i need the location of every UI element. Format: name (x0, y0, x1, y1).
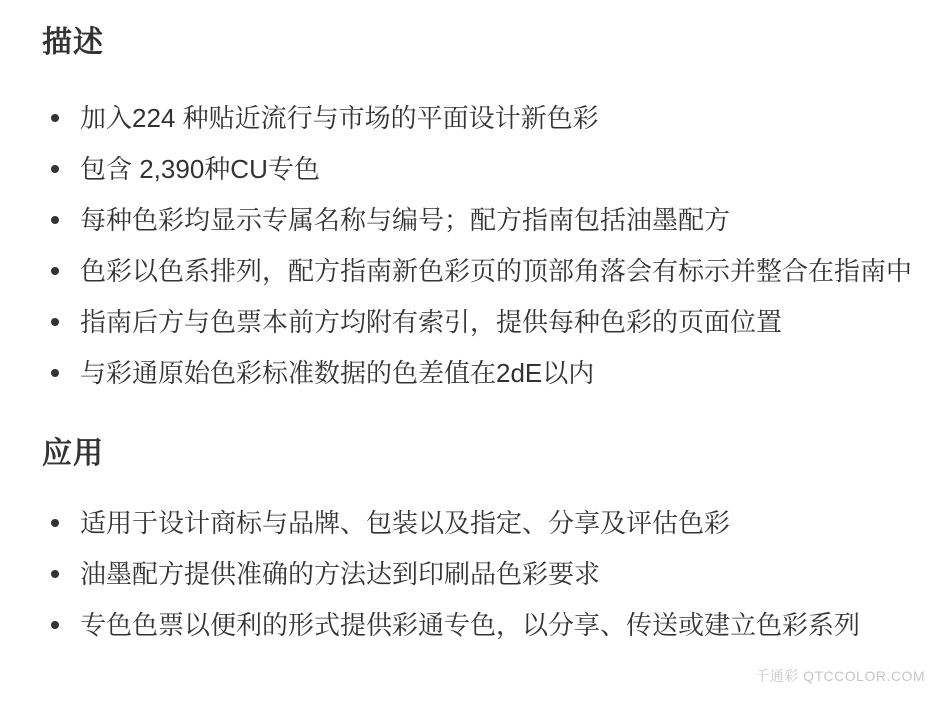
list-item-text: 加入224 种贴近流行与市场的平面设计新色彩 (80, 103, 599, 133)
bullet-icon (51, 114, 59, 122)
list-item: 指南后方与色票本前方均附有索引，提供每种色彩的页面位置 (42, 305, 920, 339)
bullet-icon (51, 519, 59, 527)
list-item: 油墨配方提供准确的方法达到印刷品色彩要求 (42, 557, 920, 591)
list-item: 包含 2,390种CU专色 (42, 152, 920, 186)
list-item: 专色色票以便利的形式提供彩通专色，以分享、传送或建立色彩系列 (42, 608, 920, 642)
application-section-title: 应用 (42, 436, 920, 472)
page-content: 描述 加入224 种贴近流行与市场的平面设计新色彩 包含 2,390种CU专色 … (0, 25, 940, 642)
list-item-text: 专色色票以便利的形式提供彩通专色，以分享、传送或建立色彩系列 (80, 610, 860, 640)
list-item-text: 每种色彩均显示专属名称与编号；配方指南包括油墨配方 (80, 205, 730, 235)
list-item: 每种色彩均显示专属名称与编号；配方指南包括油墨配方 (42, 203, 920, 237)
list-item-text: 适用于设计商标与品牌、包装以及指定、分享及评估色彩 (80, 508, 730, 538)
description-section-title: 描述 (42, 25, 920, 61)
list-item-text: 色彩以色系排列，配方指南新色彩页的顶部角落会有标示并整合在指南中 (80, 256, 912, 286)
list-item-text: 与彩通原始色彩标准数据的色差值在2dE以内 (80, 358, 594, 388)
watermark: 千通彩 QTCCOLOR.COM (755, 668, 925, 684)
list-item-text: 包含 2,390种CU专色 (80, 154, 320, 184)
list-item: 与彩通原始色彩标准数据的色差值在2dE以内 (42, 356, 920, 390)
list-item-text: 指南后方与色票本前方均附有索引，提供每种色彩的页面位置 (80, 307, 782, 337)
list-item: 色彩以色系排列，配方指南新色彩页的顶部角落会有标示并整合在指南中 (42, 254, 920, 288)
bullet-icon (51, 267, 59, 275)
bullet-icon (51, 570, 59, 578)
bullet-icon (51, 318, 59, 326)
application-list: 适用于设计商标与品牌、包装以及指定、分享及评估色彩 油墨配方提供准确的方法达到印… (42, 506, 920, 642)
bullet-icon (51, 165, 59, 173)
description-list: 加入224 种贴近流行与市场的平面设计新色彩 包含 2,390种CU专色 每种色… (42, 101, 920, 390)
list-item: 适用于设计商标与品牌、包装以及指定、分享及评估色彩 (42, 506, 920, 540)
bullet-icon (51, 369, 59, 377)
section-description: 描述 加入224 种贴近流行与市场的平面设计新色彩 包含 2,390种CU专色 … (42, 25, 920, 390)
product-description-page: 描述 加入224 种贴近流行与市场的平面设计新色彩 包含 2,390种CU专色 … (0, 0, 940, 702)
bullet-icon (51, 216, 59, 224)
bullet-icon (51, 621, 59, 629)
list-item-text: 油墨配方提供准确的方法达到印刷品色彩要求 (80, 559, 600, 589)
section-application: 应用 适用于设计商标与品牌、包装以及指定、分享及评估色彩 油墨配方提供准确的方法… (42, 436, 920, 642)
list-item: 加入224 种贴近流行与市场的平面设计新色彩 (42, 101, 920, 135)
